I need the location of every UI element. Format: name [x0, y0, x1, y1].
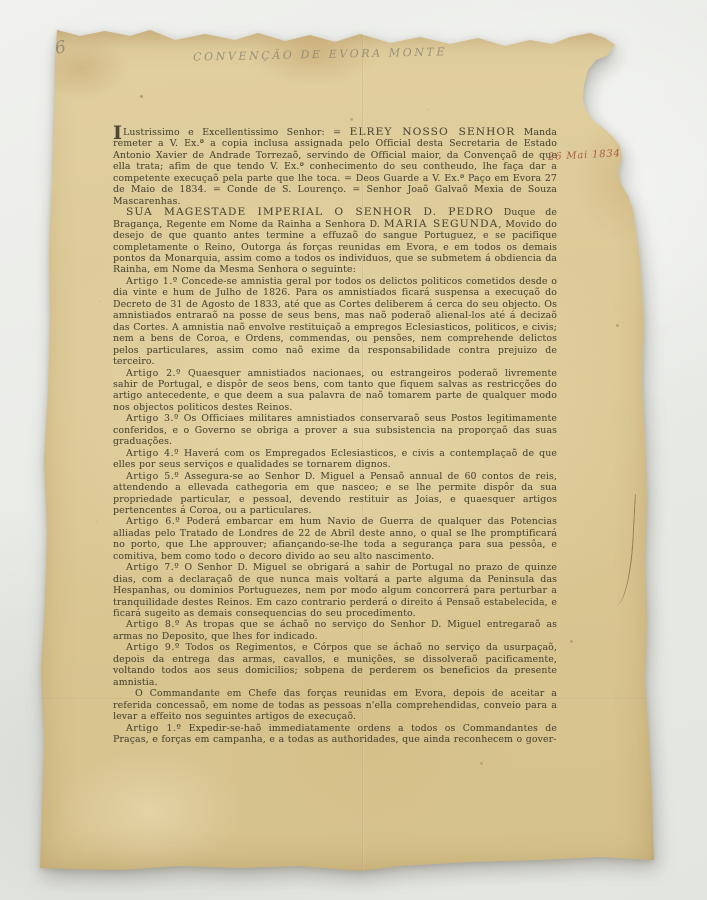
text-segment: MARIA SEGUNDA — [384, 218, 499, 230]
paragraph: Artigo 9.º Todos os Regimentos, e Córpos… — [113, 642, 557, 688]
paragraph: ILustrissimo e Excellentissimo Senhor: =… — [113, 127, 557, 207]
paragraph: O Commandante em Chefe das forças reunid… — [113, 688, 557, 722]
text-segment: ELREY NOSSO SENHOR — [350, 126, 516, 138]
text-segment: Artigo 1.º — [126, 276, 178, 287]
paragraph: Artigo 8.º As tropas que se áchaõ no ser… — [113, 619, 557, 642]
text-segment: Artigo 9.º — [126, 642, 180, 653]
paragraph: Artigo 7.º O Senhor D. Miguel se obrigar… — [113, 562, 557, 619]
document-text: ILustrissimo e Excellentissimo Senhor: =… — [113, 127, 557, 745]
text-segment: Artigo 4.º — [126, 448, 179, 459]
text-segment: Artigo 6.º — [126, 516, 180, 527]
text-segment: Todos os Regimentos, e Córpos que se ách… — [113, 642, 557, 687]
text-segment: Manda remeter a V. Ex.ª a copia inclusa … — [113, 127, 557, 207]
paragraph: Artigo 4.º Haverá com os Empregados Ecle… — [113, 448, 557, 471]
text-segment: Concede-se amnistia geral por todos os d… — [113, 276, 557, 367]
text-segment: SUA MAGESTADE IMPERIAL O SENHOR D. PEDRO — [126, 206, 494, 218]
text-segment: O Commandante em Chefe das forças reunid… — [113, 688, 557, 722]
text-segment: O Senhor D. Miguel se obrigará a sahir d… — [113, 562, 557, 619]
paragraph: Artigo 1.º Concede-se amnistia geral por… — [113, 276, 557, 368]
text-segment: Assegura-se ao Senhor D. Miguel a Pensaõ… — [113, 471, 557, 516]
paragraph: Artigo 5.º Assegura-se ao Senhor D. Migu… — [113, 471, 557, 517]
text-segment: Artigo 8.º — [126, 619, 180, 630]
paragraph: Artigo 1.º Expedir-se-haõ immediatamente… — [113, 723, 557, 746]
photo: { "photo": { "backdrop_color": "#eceeeb"… — [0, 0, 707, 900]
paragraph: SUA MAGESTADE IMPERIAL O SENHOR D. PEDRO… — [113, 207, 557, 276]
text-segment: Haverá com os Empregados Eclesiasticos, … — [113, 448, 557, 470]
text-segment: Os Officiaes militares amnistiados conse… — [113, 413, 557, 447]
paragraph: Artigo 3.º Os Officiaes militares amnist… — [113, 413, 557, 447]
text-segment: Artigo 5.º — [126, 471, 179, 482]
text-segment: Artigo 2.º — [126, 368, 181, 379]
foxing-specks — [140, 95, 143, 98]
paragraph: Artigo 2.º Quaesquer amnistiados naciona… — [113, 368, 557, 414]
paragraph: Artigo 6.º Poderá embarcar em hum Navio … — [113, 516, 557, 562]
text-segment: Poderá embarcar em hum Navio de Guerra d… — [113, 516, 557, 561]
text-segment: Artigo 1.º — [126, 723, 181, 734]
text-segment: Lustrissimo e Excellentissimo Senhor: = — [123, 127, 349, 138]
text-segment: Artigo 3.º — [126, 413, 179, 424]
text-segment: Artigo 7.º — [126, 562, 179, 573]
text-segment: As tropas que se áchaõ no serviço do Sen… — [113, 619, 557, 641]
paper-fiber — [615, 494, 636, 607]
